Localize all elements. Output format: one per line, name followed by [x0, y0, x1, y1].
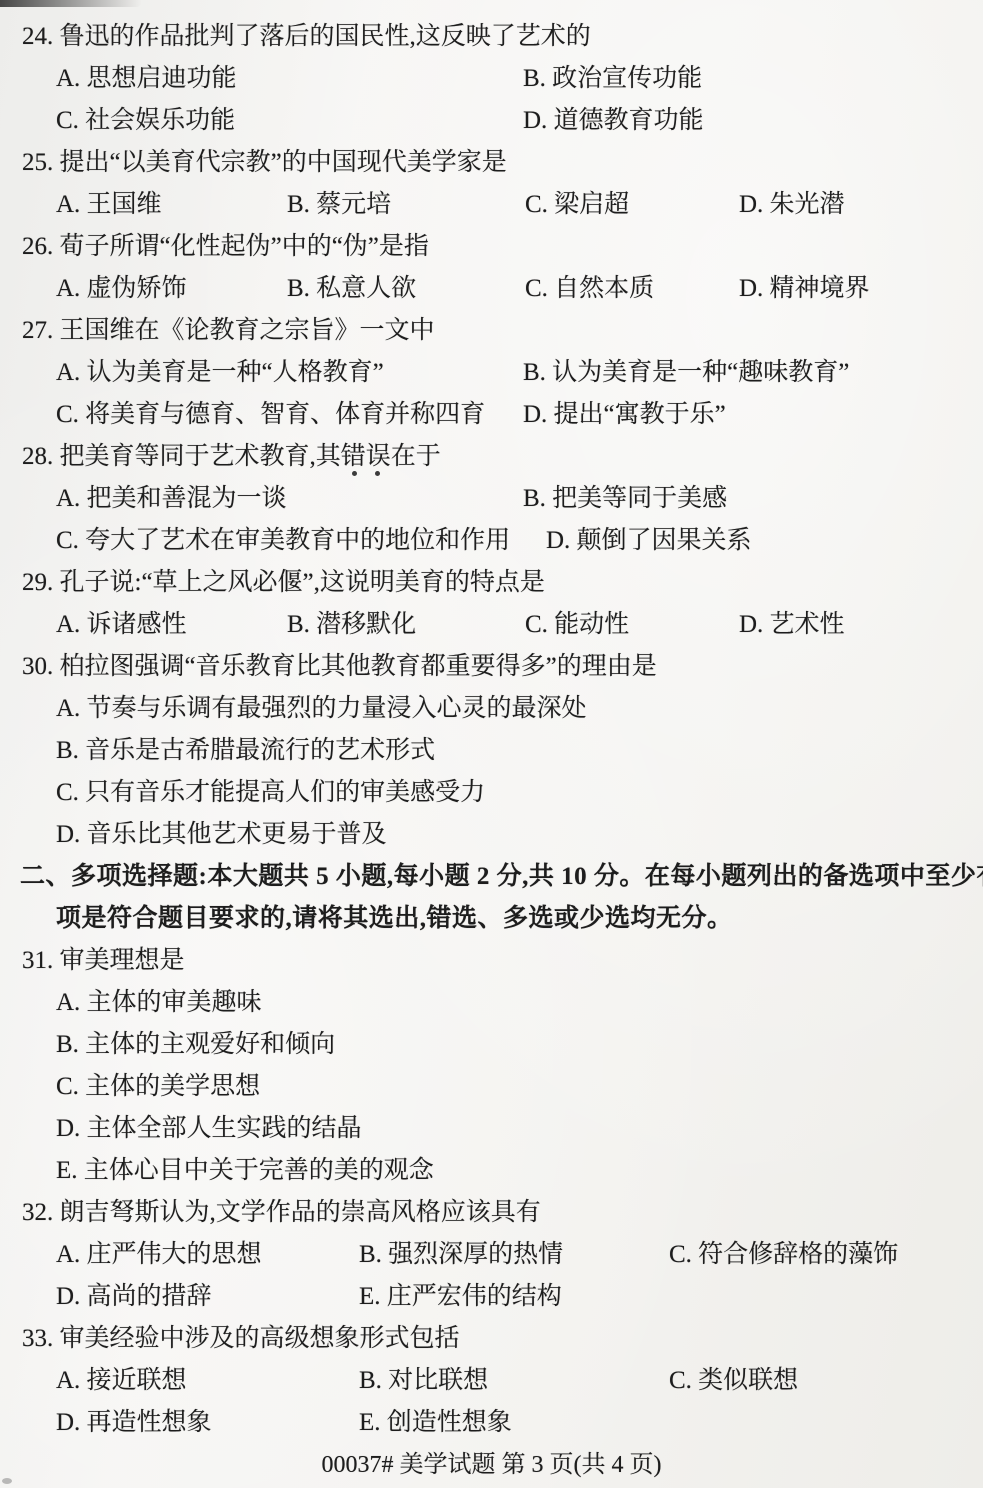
emphasis-dot: [375, 471, 380, 476]
emphasis-dot: [352, 471, 357, 476]
q24-option-a: A. 思想启迪功能: [56, 58, 523, 100]
q24-option-d: D. 道德教育功能: [523, 107, 704, 134]
q27-option-a: A. 认为美育是一种“人格教育”: [56, 352, 523, 394]
q32-options-row-1: A. 庄严伟大的思想B. 强烈深厚的热情C. 符合修辞格的藻饰: [0, 1234, 983, 1276]
q33-options-row-2: D. 再造性想象E. 创造性想象: [0, 1402, 983, 1444]
q24-stem: 24. 鲁迅的作品批判了落后的国民性,这反映了艺术的: [0, 16, 983, 58]
q30-option-b: B. 音乐是古希腊最流行的艺术形式: [0, 730, 983, 772]
q26-option-a: A. 虚伪矫饰: [56, 268, 287, 310]
scan-artifact-bottom-left: [2, 1478, 12, 1484]
q32-option-c: C. 符合修辞格的藻饰: [669, 1241, 898, 1268]
q24-options-row-1: A. 思想启迪功能B. 政治宣传功能: [0, 58, 983, 100]
q32-option-e: E. 庄严宏伟的结构: [359, 1283, 562, 1310]
q33-option-e: E. 创造性想象: [359, 1409, 512, 1436]
q24-option-b: B. 政治宣传功能: [523, 65, 702, 92]
q30-option-d: D. 音乐比其他艺术更易于普及: [0, 814, 983, 856]
q32-option-a: A. 庄严伟大的思想: [56, 1234, 359, 1276]
scan-artifact-top-left: [0, 0, 142, 7]
q32-option-b: B. 强烈深厚的热情: [359, 1234, 669, 1276]
section2-heading-line2: 项是符合题目要求的,请将其选出,错选、多选或少选均无分。: [0, 898, 983, 940]
q32-stem: 32. 朗吉弩斯认为,文学作品的崇高风格应该具有: [0, 1192, 983, 1234]
q29-option-b: B. 潜移默化: [287, 604, 525, 646]
q29-option-d: D. 艺术性: [739, 611, 845, 638]
q28-options-row-2: C. 夸大了艺术在审美教育中的地位和作用D. 颠倒了因果关系: [0, 520, 983, 562]
q26-option-b: B. 私意人欲: [287, 268, 525, 310]
q27-stem: 27. 王国维在《论教育之宗旨》一文中: [0, 310, 983, 352]
q30-stem: 30. 柏拉图强调“音乐教育比其他教育都重要得多”的理由是: [0, 646, 983, 688]
section2-heading-line1: 二、多项选择题:本大题共 5 小题,每小题 2 分,共 10 分。在每小题列出的…: [0, 856, 983, 898]
q31-option-b: B. 主体的主观爱好和倾向: [0, 1024, 983, 1066]
q33-option-b: B. 对比联想: [359, 1360, 669, 1402]
q26-options-row: A. 虚伪矫饰B. 私意人欲C. 自然本质D. 精神境界: [0, 268, 983, 310]
q27-option-d: D. 提出“寓教于乐”: [523, 401, 726, 428]
q31-option-d: D. 主体全部人生实践的结晶: [0, 1108, 983, 1150]
q25-stem: 25. 提出“以美育代宗教”的中国现代美学家是: [0, 142, 983, 184]
q26-option-d: D. 精神境界: [739, 275, 870, 302]
q25-options-row: A. 王国维B. 蔡元培C. 梁启超D. 朱光潜: [0, 184, 983, 226]
q25-option-a: A. 王国维: [56, 184, 287, 226]
q31-option-a: A. 主体的审美趣味: [0, 982, 983, 1024]
q27-option-b: B. 认为美育是一种“趣味教育”: [523, 359, 849, 386]
q25-option-c: C. 梁启超: [525, 184, 739, 226]
q29-options-row: A. 诉诸感性B. 潜移默化C. 能动性D. 艺术性: [0, 604, 983, 646]
q28-options-row-1: A. 把美和善混为一谈B. 把美等同于美感: [0, 478, 983, 520]
q31-stem: 31. 审美理想是: [0, 940, 983, 982]
q29-option-a: A. 诉诸感性: [56, 604, 287, 646]
q24-options-row-2: C. 社会娱乐功能D. 道德教育功能: [0, 100, 983, 142]
q25-option-d: D. 朱光潜: [739, 191, 845, 218]
q28-option-a: A. 把美和善混为一谈: [56, 478, 523, 520]
q27-options-row-1: A. 认为美育是一种“人格教育”B. 认为美育是一种“趣味教育”: [0, 352, 983, 394]
q28-option-b: B. 把美等同于美感: [523, 485, 727, 512]
q25-option-b: B. 蔡元培: [287, 184, 525, 226]
q30-option-c: C. 只有音乐才能提高人们的审美感受力: [0, 772, 983, 814]
q28-option-d: D. 颠倒了因果关系: [546, 527, 752, 554]
q32-option-d: D. 高尚的措辞: [56, 1276, 359, 1318]
q29-option-c: C. 能动性: [525, 604, 739, 646]
q27-options-row-2: C. 将美育与德育、智育、体育并称四育D. 提出“寓教于乐”: [0, 394, 983, 436]
q33-stem: 33. 审美经验中涉及的高级想象形式包括: [0, 1318, 983, 1360]
q33-option-d: D. 再造性想象: [56, 1402, 359, 1444]
exam-page: 24. 鲁迅的作品批判了落后的国民性,这反映了艺术的 A. 思想启迪功能B. 政…: [0, 0, 983, 1488]
q30-option-a: A. 节奏与乐调有最强烈的力量浸入心灵的最深处: [0, 688, 983, 730]
page-footer: 00037# 美学试题 第 3 页(共 4 页): [0, 1444, 983, 1486]
q32-options-row-2: D. 高尚的措辞E. 庄严宏伟的结构: [0, 1276, 983, 1318]
q31-option-e: E. 主体心目中关于完善的美的观念: [0, 1150, 983, 1192]
q29-stem: 29. 孔子说:“草上之风必偃”,这说明美育的特点是: [0, 562, 983, 604]
q31-option-c: C. 主体的美学思想: [0, 1066, 983, 1108]
q33-options-row-1: A. 接近联想B. 对比联想C. 类似联想: [0, 1360, 983, 1402]
q27-option-c: C. 将美育与德育、智育、体育并称四育: [56, 394, 523, 436]
q26-option-c: C. 自然本质: [525, 268, 739, 310]
q24-option-c: C. 社会娱乐功能: [56, 100, 523, 142]
q26-stem: 26. 荀子所谓“化性起伪”中的“伪”是指: [0, 226, 983, 268]
q28-stem: 28. 把美育等同于艺术教育,其错误在于: [0, 436, 983, 478]
q33-option-a: A. 接近联想: [56, 1360, 359, 1402]
q28-option-c: C. 夸大了艺术在审美教育中的地位和作用: [56, 520, 546, 562]
q33-option-c: C. 类似联想: [669, 1367, 798, 1394]
